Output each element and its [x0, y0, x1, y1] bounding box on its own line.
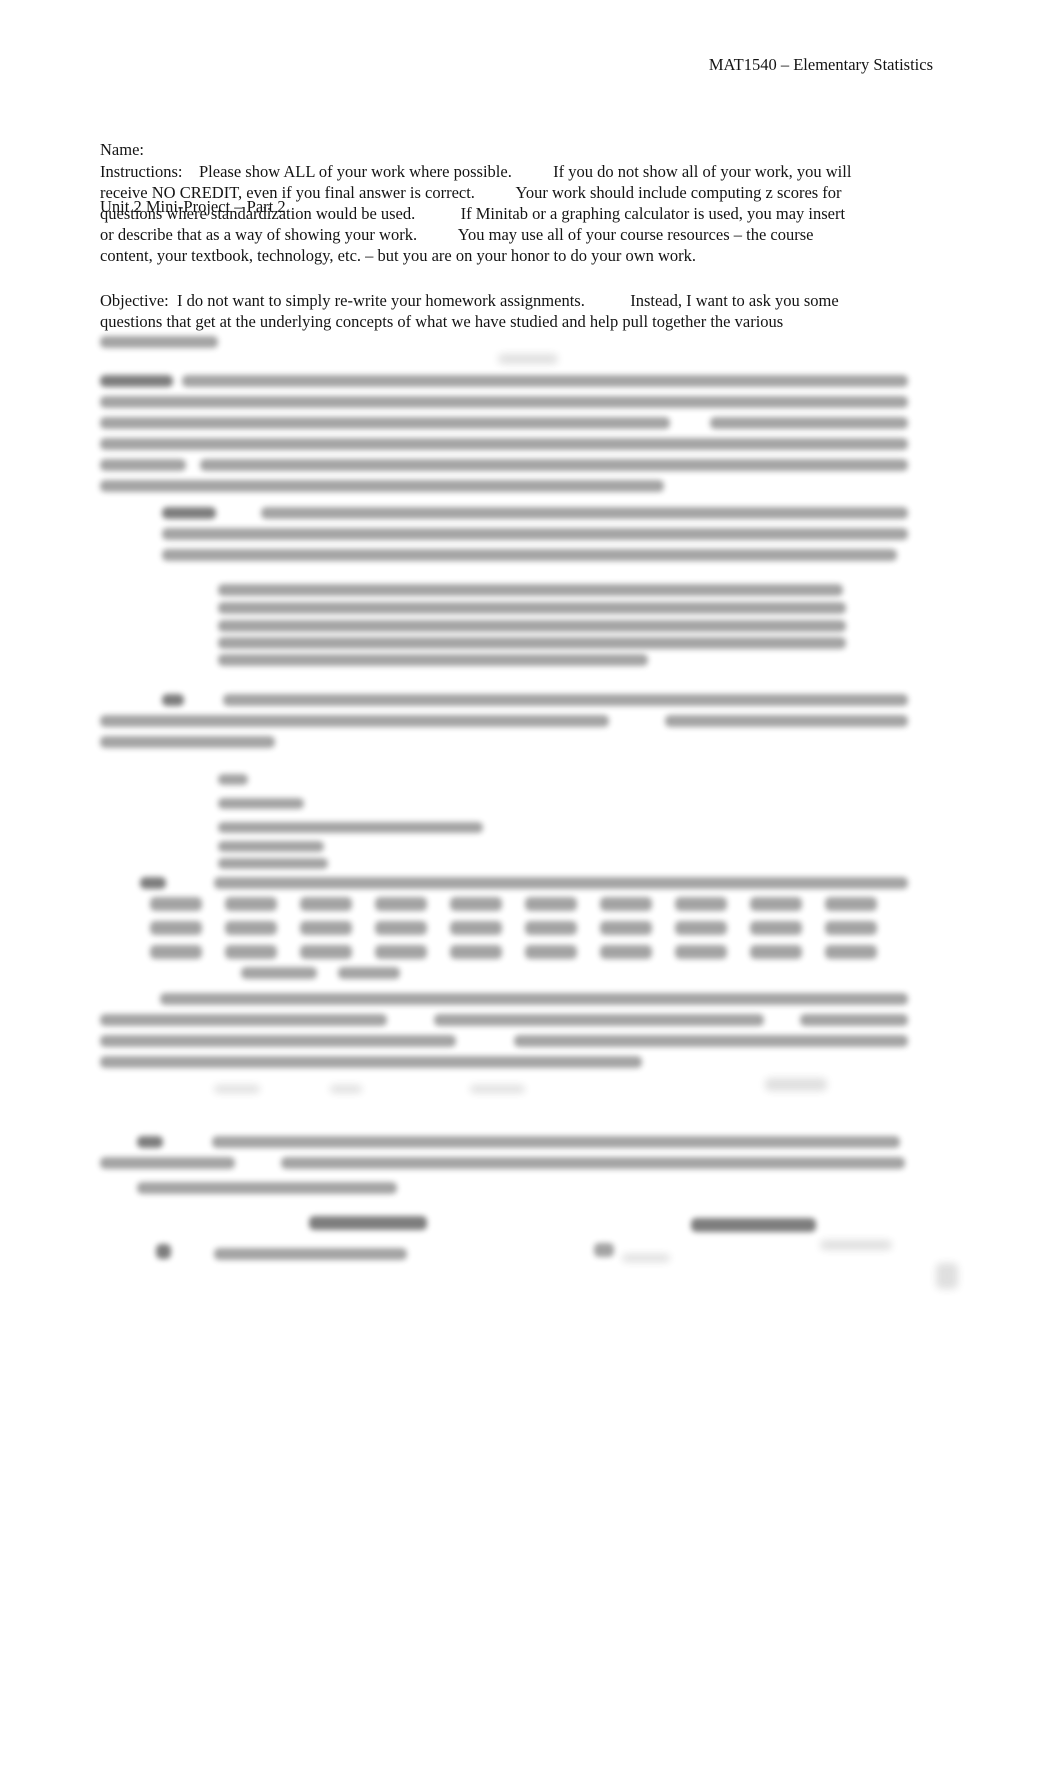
redacted-text-line — [691, 1218, 816, 1232]
redacted-text-line — [281, 1157, 905, 1169]
redacted-table-cell — [675, 897, 727, 911]
redacted-text-line — [162, 549, 897, 561]
redacted-table-cell — [375, 945, 427, 959]
redacted-table-cell — [525, 921, 577, 935]
redacted-text-line — [212, 1136, 900, 1148]
redacted-text-line — [765, 1078, 827, 1091]
redacted-table-cell — [750, 897, 802, 911]
redacted-text-line — [100, 396, 908, 408]
redacted-text-line — [218, 774, 248, 785]
redacted-table-cell — [375, 921, 427, 935]
redacted-text-line — [100, 336, 218, 348]
redacted-text-line — [162, 694, 184, 706]
document-page: MAT1540 – Elementary Statistics Name: Un… — [0, 0, 1062, 1777]
redacted-text-line — [218, 841, 324, 852]
redacted-table-cell — [225, 945, 277, 959]
redacted-table-cell — [825, 921, 877, 935]
redacted-table-cell — [300, 945, 352, 959]
redacted-text-line — [820, 1240, 892, 1250]
redacted-text-line — [100, 715, 609, 727]
redacted-table-cell — [600, 921, 652, 935]
redacted-table-cell — [825, 945, 877, 959]
redacted-text-line — [137, 1136, 163, 1148]
redacted-text-line — [218, 637, 846, 649]
redacted-text-line — [137, 1182, 397, 1194]
redacted-text-line — [100, 1035, 456, 1047]
redacted-text-line — [800, 1014, 908, 1026]
redacted-text-line — [594, 1243, 614, 1257]
redacted-text-line — [338, 967, 400, 979]
redacted-table-cell — [150, 897, 202, 911]
redacted-text-line — [218, 602, 846, 614]
redacted-table-cell — [600, 945, 652, 959]
redacted-table-cell — [450, 945, 502, 959]
redacted-text-line — [100, 736, 275, 748]
redacted-table-cell — [675, 945, 727, 959]
redacted-text-line — [100, 375, 173, 387]
redacted-text-line — [200, 459, 908, 471]
redacted-table-cell — [375, 897, 427, 911]
redacted-text-line — [470, 1085, 525, 1093]
redacted-text-line — [214, 1248, 407, 1260]
redacted-text-line — [160, 993, 908, 1005]
redacted-table-cell — [750, 945, 802, 959]
redacted-text-line — [218, 858, 328, 869]
redacted-text-line — [936, 1263, 958, 1289]
redacted-text-line — [218, 822, 483, 833]
redacted-text-line — [162, 528, 908, 540]
redacted-text-line — [100, 438, 908, 450]
redacted-text-line — [100, 1056, 642, 1068]
redacted-text-line — [162, 507, 216, 519]
redacted-content-region — [0, 0, 1062, 1777]
redacted-text-line — [100, 417, 670, 429]
redacted-text-line — [100, 480, 664, 492]
redacted-table-cell — [225, 897, 277, 911]
redacted-table-cell — [825, 897, 877, 911]
redacted-table-cell — [675, 921, 727, 935]
redacted-text-line — [100, 1157, 235, 1169]
redacted-text-line — [309, 1216, 427, 1230]
redacted-text-line — [218, 654, 648, 666]
redacted-table-cell — [300, 921, 352, 935]
redacted-text-line — [214, 1085, 260, 1093]
redacted-text-line — [140, 877, 166, 889]
redacted-text-line — [218, 620, 846, 632]
redacted-table-cell — [150, 921, 202, 935]
redacted-table-cell — [150, 945, 202, 959]
redacted-text-line — [100, 1014, 387, 1026]
redacted-table-cell — [450, 897, 502, 911]
redacted-table-cell — [525, 945, 577, 959]
redacted-text-line — [241, 967, 317, 979]
redacted-text-line — [100, 459, 186, 471]
redacted-text-line — [330, 1085, 362, 1093]
redacted-text-line — [261, 507, 908, 519]
redacted-table-cell — [750, 921, 802, 935]
redacted-text-line — [514, 1035, 908, 1047]
redacted-text-line — [710, 417, 908, 429]
redacted-text-line — [223, 694, 908, 706]
redacted-text-line — [214, 877, 908, 889]
redacted-text-line — [218, 584, 843, 596]
redacted-text-line — [156, 1244, 171, 1259]
redacted-table-cell — [450, 921, 502, 935]
redacted-text-line — [665, 715, 908, 727]
redacted-table-cell — [600, 897, 652, 911]
redacted-text-line — [182, 375, 908, 387]
redacted-text-line — [498, 354, 558, 364]
redacted-text-line — [218, 798, 304, 809]
redacted-table-cell — [300, 897, 352, 911]
redacted-table-cell — [525, 897, 577, 911]
redacted-text-line — [434, 1014, 764, 1026]
redacted-table-cell — [225, 921, 277, 935]
redacted-text-line — [622, 1254, 670, 1262]
